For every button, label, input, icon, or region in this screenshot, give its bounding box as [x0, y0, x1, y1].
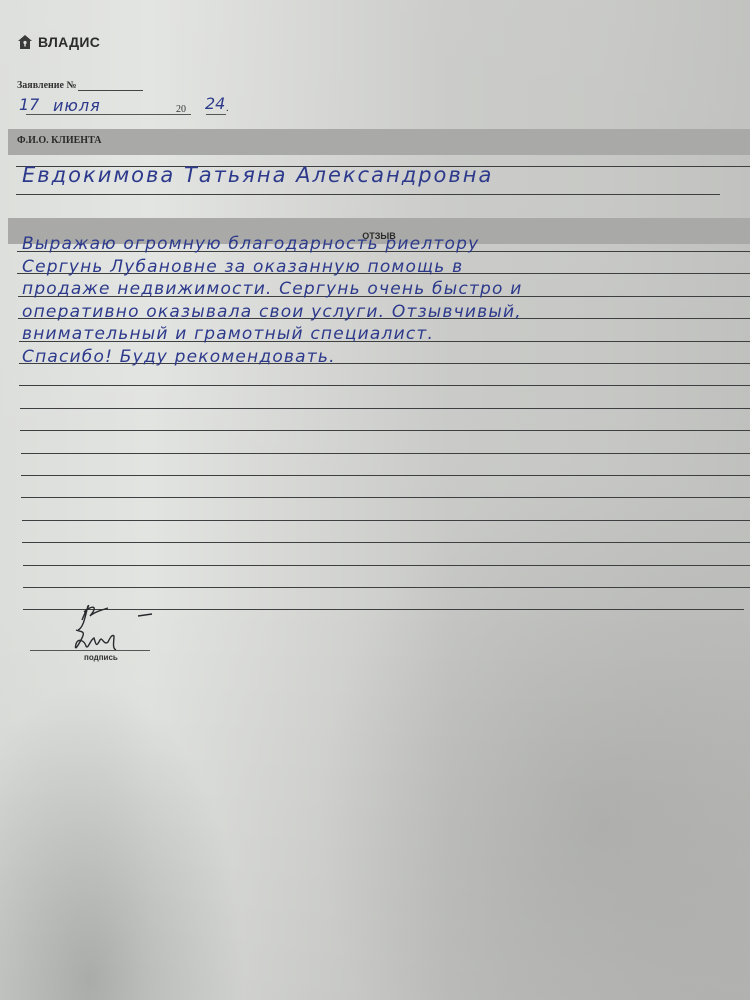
ruled-line — [23, 587, 750, 588]
ruled-line — [19, 385, 750, 386]
application-date: 17 июля 20 24 . — [17, 95, 227, 117]
date-day: 17 — [19, 95, 39, 114]
review-line: оперативно оказывала свои услуги. Отзывч… — [22, 301, 742, 324]
house-keyhole-icon — [17, 34, 33, 50]
review-line: Выражаю огромную благодарность риелтору — [22, 233, 742, 256]
name-rule-bottom — [16, 194, 720, 195]
date-month: июля — [53, 96, 101, 115]
signature-label: подпись — [84, 653, 118, 662]
ruled-line — [22, 542, 750, 543]
year-underline — [206, 114, 226, 115]
client-section-title: Ф.И.О. КЛИЕНТА — [17, 135, 101, 146]
brand-logo: ВЛАДИС — [17, 34, 100, 50]
year-dot: . — [226, 102, 229, 114]
signature-line — [30, 650, 150, 651]
brand-name: ВЛАДИС — [38, 34, 100, 50]
ruled-line — [21, 475, 750, 476]
client-full-name: Евдокимова Татьяна Александровна — [22, 163, 493, 187]
ruled-line — [20, 408, 750, 409]
year-prefix: 20 — [176, 104, 186, 115]
application-number-field — [78, 80, 143, 91]
date-underline — [26, 114, 191, 115]
ruled-line — [21, 497, 750, 498]
ruled-line — [21, 453, 750, 454]
application-number: Заявление № — [17, 80, 143, 91]
review-line: продаже недвижимости. Сергунь очень быст… — [22, 278, 742, 301]
review-line: внимательный и грамотный специалист. — [22, 323, 742, 346]
client-section-header: Ф.И.О. КЛИЕНТА — [8, 129, 750, 155]
application-number-label: Заявление № — [17, 80, 77, 91]
review-line: Сергунь Лубановне за оказанную помощь в — [22, 256, 742, 279]
review-text: Выражаю огромную благодарность риелтору … — [22, 233, 742, 368]
review-line: Спасибо! Буду рекомендовать. — [22, 346, 742, 369]
ruled-line — [22, 520, 750, 521]
ruled-line — [23, 565, 750, 566]
year-suffix: 24 — [205, 94, 225, 113]
signature-mark — [60, 600, 160, 655]
ruled-line — [20, 430, 750, 431]
